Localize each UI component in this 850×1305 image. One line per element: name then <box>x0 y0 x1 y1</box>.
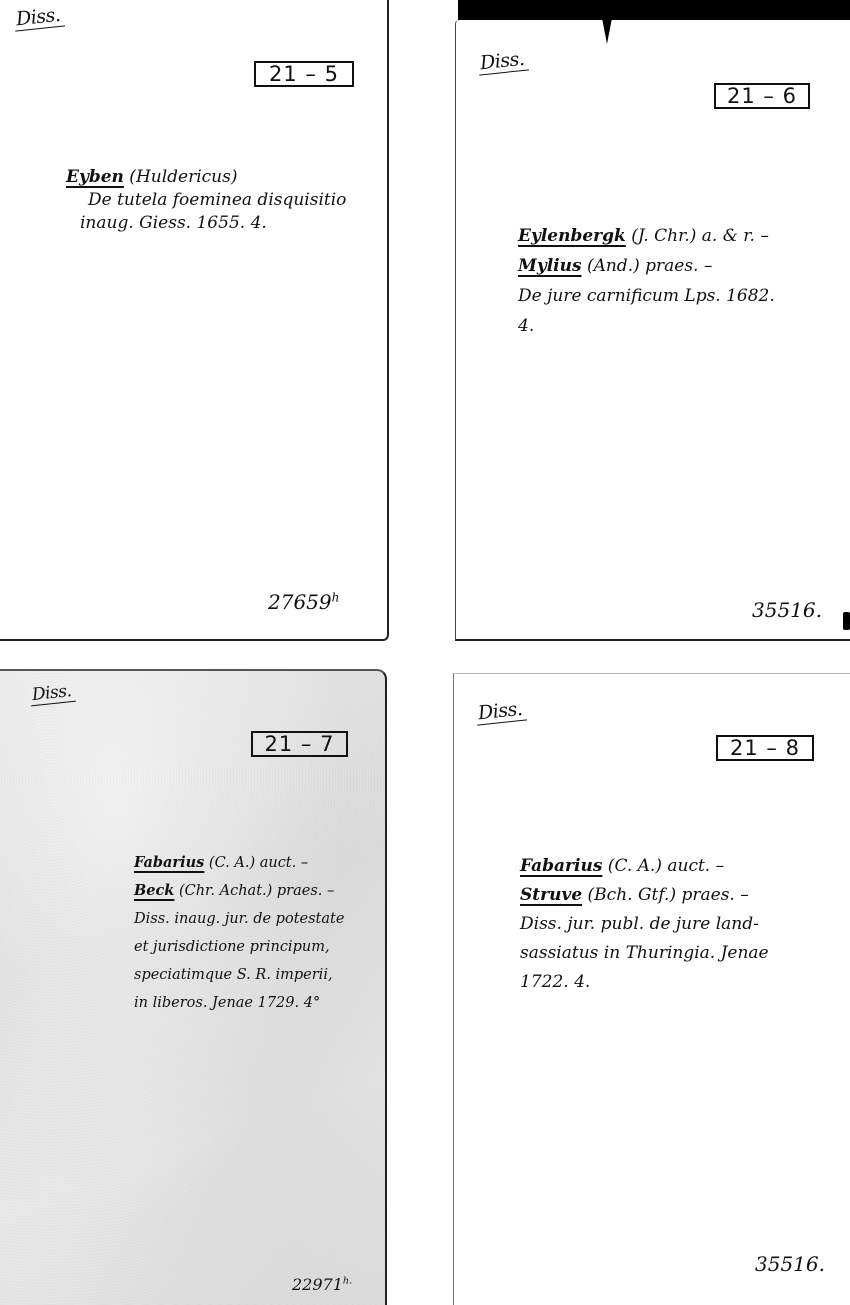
imprint-line: in liberos. Jenae 1729. 4° <box>134 989 344 1017</box>
praeses-name: Struve <box>520 885 582 905</box>
call-number-box: 21 – 8 <box>716 735 814 761</box>
title-line: De tutela foeminea disquisitio <box>66 189 346 212</box>
call-number-box: 21 – 6 <box>714 83 810 109</box>
category-label: Diss. <box>475 697 527 725</box>
scan-tab-mark <box>602 18 612 44</box>
catalogue-entry: Fabarius (C. A.) auct. – Beck (Chr. Acha… <box>134 849 344 1017</box>
catalogue-entry: Eyben (Huldericus) De tutela foeminea di… <box>66 166 346 235</box>
title-line: Diss. inaug. jur. de potestate <box>134 905 344 933</box>
call-number-box: 21 – 7 <box>251 731 348 757</box>
imprint-line: 1722. 4. <box>520 968 769 997</box>
author-name: Fabarius <box>520 856 602 876</box>
title-line: speciatimque S. R. imperii, <box>134 961 344 989</box>
author-name: Eylenbergk <box>518 226 626 246</box>
title-line: Diss. jur. publ. de jure land- <box>520 910 769 939</box>
praeses-name: Mylius <box>518 256 582 276</box>
praeses-name: Beck <box>134 882 174 899</box>
accession-number: 35516. <box>752 598 822 622</box>
format-line: 4. <box>518 311 775 341</box>
category-label: Diss. <box>29 681 76 707</box>
imprint-line: inaug. Giess. 1655. 4. <box>66 212 346 235</box>
catalogue-entry: Fabarius (C. A.) auct. – Struve (Bch. Gt… <box>520 852 769 997</box>
accession-number: 27659h <box>268 590 339 614</box>
accession-number: 22971h. <box>292 1275 352 1294</box>
accession-number: 35516. <box>755 1252 825 1276</box>
call-number-box: 21 – 5 <box>254 61 354 87</box>
category-label: Diss. <box>13 3 65 31</box>
title-line: sassiatus in Thuringia. Jenae <box>520 939 769 968</box>
catalogue-card-21-6: Diss. 21 – 6 Eylenbergk (J. Chr.) a. & r… <box>455 20 850 641</box>
scan-edge-mark <box>843 612 850 630</box>
catalogue-entry: Eylenbergk (J. Chr.) a. & r. – Mylius (A… <box>518 221 775 341</box>
catalogue-card-21-5: Diss. 21 – 5 Eyben (Huldericus) De tutel… <box>0 0 389 641</box>
author-name: Eyben <box>66 167 124 187</box>
title-line: et jurisdictione principum, <box>134 933 344 961</box>
catalogue-card-21-8: Diss. 21 – 8 Fabarius (C. A.) auct. – St… <box>453 673 850 1305</box>
catalogue-card-21-7: Diss. 21 – 7 Fabarius (C. A.) auct. – Be… <box>0 669 387 1305</box>
title-line: De jure carnificum Lps. 1682. <box>518 281 775 311</box>
category-label: Diss. <box>477 47 529 75</box>
author-name: Fabarius <box>134 854 204 871</box>
